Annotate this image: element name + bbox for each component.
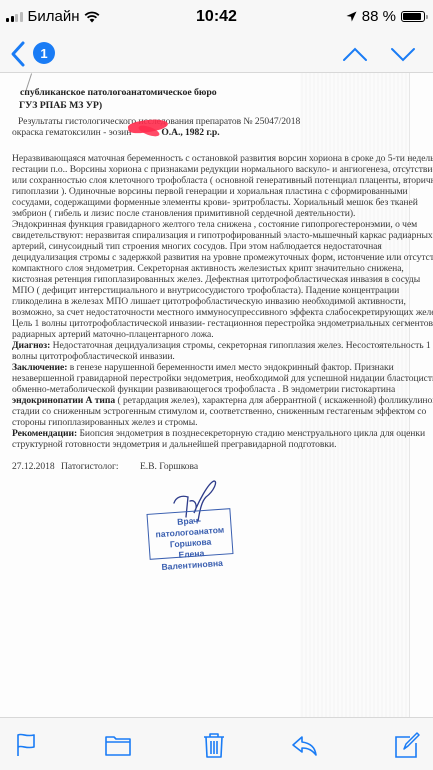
unread-count-badge[interactable]: 1 [33,42,55,64]
body-line: эмбрион ( гибель и лизис после становлен… [12,208,355,219]
report-date: 27.12.2018 [12,461,55,472]
chevron-left-icon[interactable] [8,40,30,68]
folder-icon[interactable] [104,731,132,759]
status-bar: Билайн 10:42 88 % [0,0,433,36]
body-line: Неразвивающаяся маточная беременность с … [12,153,433,164]
conclusion-line: эндокринопатии А типа ( ретардация желез… [12,395,433,406]
conclusion-line: обменно-метаболической функции развивающ… [12,384,395,395]
bureau-abbr: ГУЗ РПАБ МЗ УР) [19,100,102,111]
conclusion-label: Заключение: [12,362,67,373]
recommendations-line: структурной готовности эндометрия и даль… [12,439,336,450]
flag-icon[interactable] [12,731,40,759]
chevron-down-icon[interactable] [390,44,416,64]
body-line: возможно, за счет недостаточности местно… [12,307,433,318]
body-line: Цель 1 волны цитотрофобластической инваз… [12,318,433,329]
body-line: кистозная ретенция гипоплазированных жел… [12,274,420,285]
body-line: свидетельствуют: неразвитая спирализация… [12,230,433,241]
body-line: гестации п.о.. Ворсины хориона с признак… [12,164,433,175]
location-arrow-icon [346,11,357,22]
body-line: гликоделина в железах МПО лишает цитотро… [12,296,406,307]
trash-icon[interactable] [200,731,228,759]
battery-icon [401,11,425,22]
status-right: 88 % [346,8,425,25]
reply-icon[interactable] [290,731,318,759]
bottom-toolbar [0,717,433,770]
body-line: Эндокринная функция гравидарного желтого… [12,219,417,230]
recommendations-label: Рекомендации: [12,428,77,439]
body-line: МПО ( дефицит интерстициального и внутри… [12,285,399,296]
body-line: компактного слоя эндометрия. Секреторная… [12,263,404,274]
battery-percent: 88 % [362,8,396,25]
body-line: или сохранностью слоя клеточного трофобл… [12,175,433,186]
bureau-name: спубликанское патологоанатомическое бюро [20,87,217,98]
body-line: децидуализация стромы с задержкой развит… [12,252,433,263]
compose-icon[interactable] [392,731,420,759]
nav-bar: 1 [0,36,433,73]
body-line: гипоплазии ). Одиночные ворсины первой г… [12,186,408,197]
chevron-up-icon[interactable] [342,44,368,64]
signature-line: 27.12.2018 Патогистолог: Е.В. Горшкова [12,461,118,472]
stain-line: окраска гематоксилин - эозинО.А., 1982 г… [12,127,220,138]
body-line: сосудами, содержащими форменные элементы… [12,197,418,208]
conclusion-line: стороны гипоплазированных желез и стромы… [12,417,197,428]
doctor-stamp: Врач-патологоанатом Горшкова Елена Вален… [146,508,233,560]
document-image[interactable]: спубликанское патологоанатомическое бюро… [0,73,433,717]
body-line: радиарных артерий маточно-плацентарного … [12,329,214,340]
diagnosis-label: Диагноз: [12,340,50,351]
pathologist-label: Патогистолог: [61,461,118,472]
pathologist-name: Е.В. Горшкова [140,461,198,472]
conclusion-line: незавершенной гравидарной перестройки эн… [12,373,433,384]
diagnosis-line: волны цитотрофобластической инвазии. [12,351,175,362]
conclusion-line: стадии со сниженным эстрогенным стимулом… [12,406,426,417]
body-line: артерий, синусоидный тип строения многих… [12,241,382,252]
